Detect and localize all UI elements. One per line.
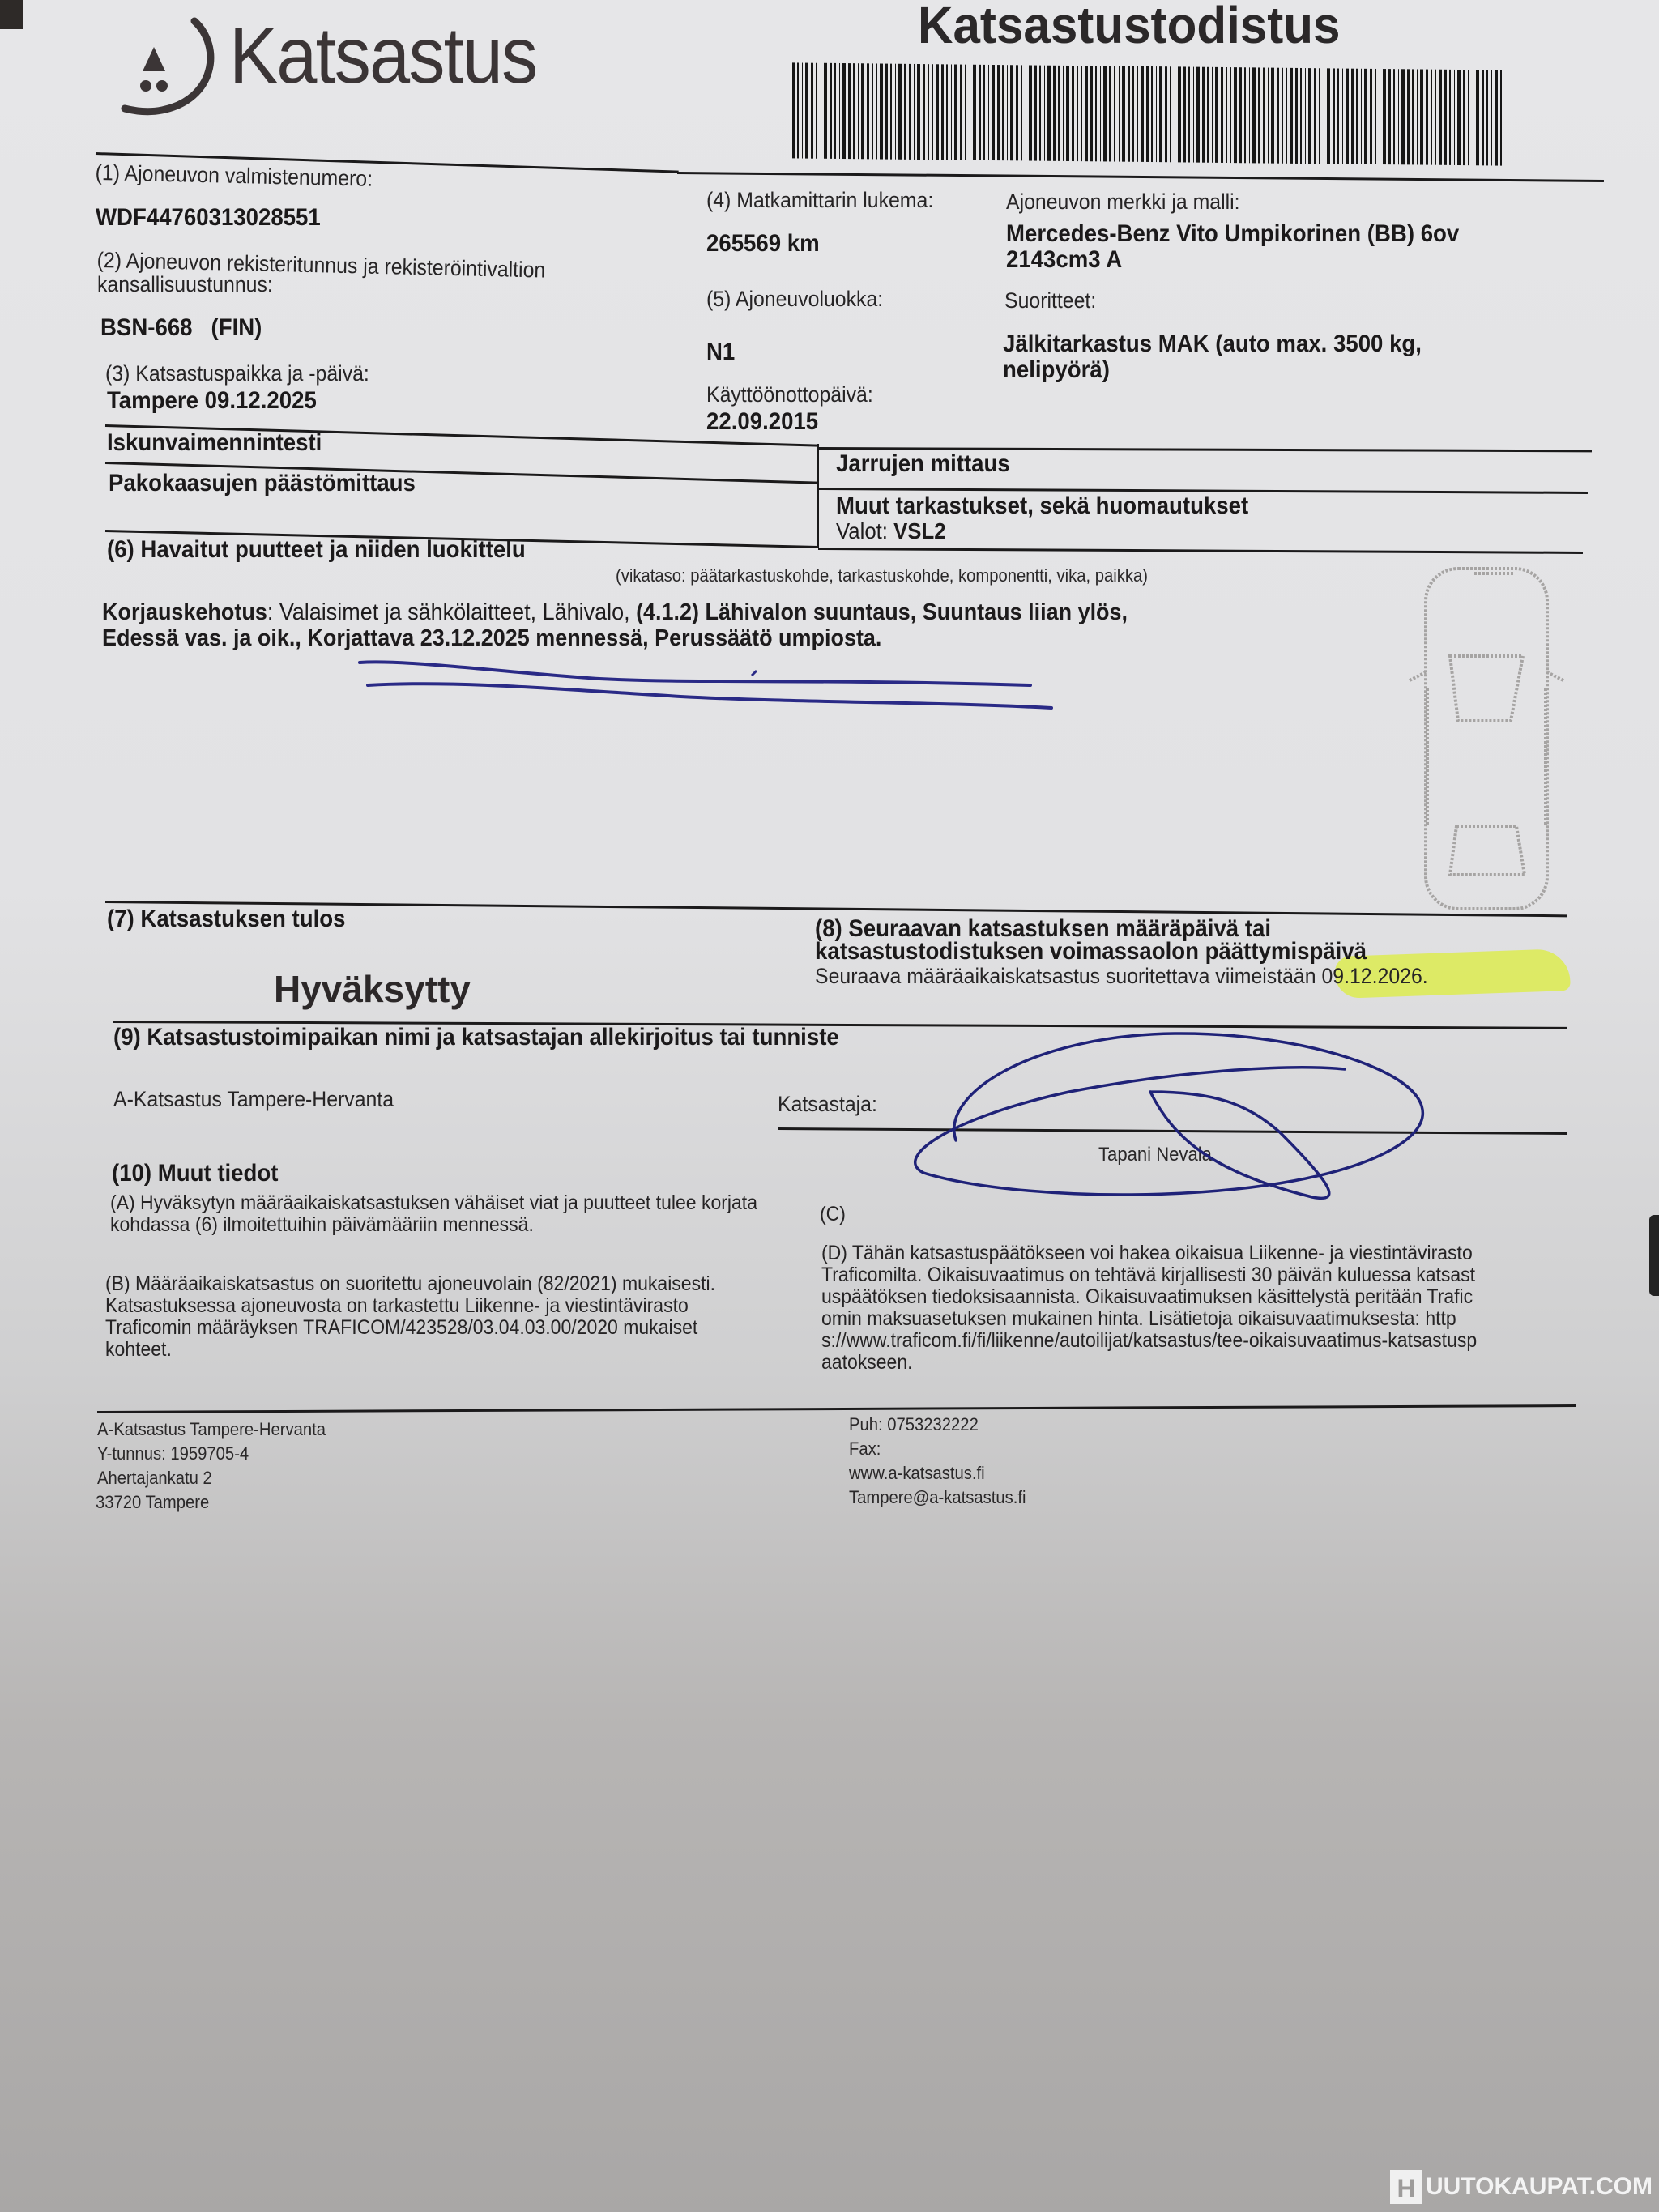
other-info-d: (D) Tähän katsastuspäätökseen voi hakea …: [821, 1242, 1478, 1374]
footer-phone: Puh: 0753232222: [849, 1414, 979, 1435]
defect-line-1: Korjauskehotus: Valaisimet ja sähkölaitt…: [102, 599, 1128, 626]
watermark: H UUTOKAUPAT.COM: [1390, 2170, 1653, 2204]
next-inspection-text: Seuraava määräaikaiskatsastus suoritetta…: [815, 964, 1428, 989]
next-inspection-title-2: katsastustodistuksen voimassaolon päätty…: [815, 938, 1367, 965]
other-checks-note: Valot: VSL2: [836, 518, 946, 544]
inspector-label: Katsastaja:: [778, 1092, 877, 1117]
background-edge: [1649, 1215, 1659, 1296]
footer-company: A-Katsastus Tampere-Hervanta: [97, 1419, 326, 1440]
signature-scribble-icon: [907, 1027, 1474, 1221]
watermark-text: UUTOKAUPAT.COM: [1426, 2173, 1653, 2201]
vehicle-class-label: (5) Ajoneuvoluokka:: [706, 287, 883, 312]
footer-fax: Fax:: [849, 1438, 881, 1460]
other-info-title: (10) Muut tiedot: [112, 1160, 278, 1187]
first-use-label: Käyttöönottopäivä:: [706, 382, 873, 407]
odometer-label: (4) Matkamittarin lukema:: [706, 188, 933, 213]
defect-line-2: Edessä vas. ja oik., Korjattava 23.12.20…: [102, 625, 881, 652]
test-shock-absorber: Iskunvaimennintesti: [107, 429, 322, 457]
make-model-line1: Mercedes-Benz Vito Umpikorinen (BB) 6ov: [1006, 220, 1459, 248]
test-brakes: Jarrujen mittaus: [836, 450, 1010, 478]
test-emissions: Pakokaasujen päästömittaus: [109, 470, 416, 497]
result-title: (7) Katsastuksen tulos: [107, 906, 345, 933]
car-top-view-icon: [1393, 559, 1580, 915]
footer-business-id: Y-tunnus: 1959705-4: [97, 1443, 249, 1464]
place-date-label: (3) Katsastuspaikka ja -päivä:: [105, 361, 369, 386]
katsastus-logo-icon: [113, 15, 219, 120]
defect-prefix: Korjauskehotus: [102, 599, 267, 625]
station-name: A-Katsastus Tampere-Hervanta: [113, 1087, 394, 1112]
footer-postal: 33720 Tampere: [96, 1492, 209, 1513]
defects-title: (6) Havaitut puutteet ja niiden luokitte…: [107, 536, 526, 564]
other-info-c: (C): [820, 1204, 846, 1225]
vin-value: WDF44760313028551: [96, 204, 321, 232]
vehicle-class-value: N1: [706, 339, 735, 366]
divider: [677, 172, 1604, 182]
divider: [97, 1404, 1576, 1413]
make-model-line2: 2143cm3 A: [1006, 246, 1122, 274]
other-info-a: (A) Hyväksytyn määräaikaiskatsastuksen v…: [110, 1192, 758, 1236]
vin-label: (1) Ajoneuvon valmistenumero:: [95, 160, 373, 192]
make-model-label: Ajoneuvon merkki ja malli:: [1006, 190, 1240, 215]
services-line1: Jälkitarkastus MAK (auto max. 3500 kg,: [1003, 330, 1422, 358]
registration-label-2: kansallisuustunnus:: [97, 272, 273, 297]
column-divider: [817, 444, 819, 548]
background-corner: [0, 0, 23, 29]
defects-legend: (vikataso: päätarkastuskohde, tarkastusk…: [616, 565, 1148, 586]
logo-text: Katsastus: [229, 10, 536, 101]
other-info-b: (B) Määräaikaiskatsastus on suoritettu a…: [105, 1273, 753, 1361]
other-checks-title: Muut tarkastukset, sekä huomautukset: [836, 492, 1248, 520]
services-line2: nelipyörä): [1003, 356, 1110, 384]
other-checks-label: Valot:: [836, 518, 893, 543]
place-date-value: Tampere 09.12.2025: [107, 387, 317, 415]
barcode-icon: [792, 62, 1502, 165]
signature-title: (9) Katsastustoimipaikan nimi ja katsast…: [113, 1024, 839, 1051]
footer-street: Ahertajankatu 2: [97, 1468, 212, 1489]
registration-value: BSN-668 (FIN): [100, 314, 262, 342]
result-value: Hyväksytty: [274, 967, 471, 1011]
footer-website[interactable]: www.a-katsastus.fi: [849, 1463, 985, 1484]
document-title: Katsastustodistus: [918, 0, 1340, 55]
pen-underline-icon: [356, 656, 1061, 721]
divider: [818, 548, 1583, 554]
watermark-logo-icon: H: [1390, 2170, 1422, 2204]
defect-description: (4.1.2) Lähivalon suuntaus, Suuntaus lii…: [636, 599, 1128, 625]
services-label: Suoritteet:: [1004, 288, 1096, 313]
inspection-certificate: Katsastus Katsastustodistus (1) Ajoneuvo…: [0, 0, 1659, 2212]
first-use-value: 22.09.2015: [706, 408, 818, 436]
odometer-value: 265569 km: [706, 230, 820, 258]
footer-email[interactable]: Tampere@a-katsastus.fi: [849, 1487, 1026, 1508]
other-checks-value: VSL2: [893, 518, 945, 543]
defect-component: : Valaisimet ja sähkölaitteet, Lähivalo,: [267, 599, 636, 625]
